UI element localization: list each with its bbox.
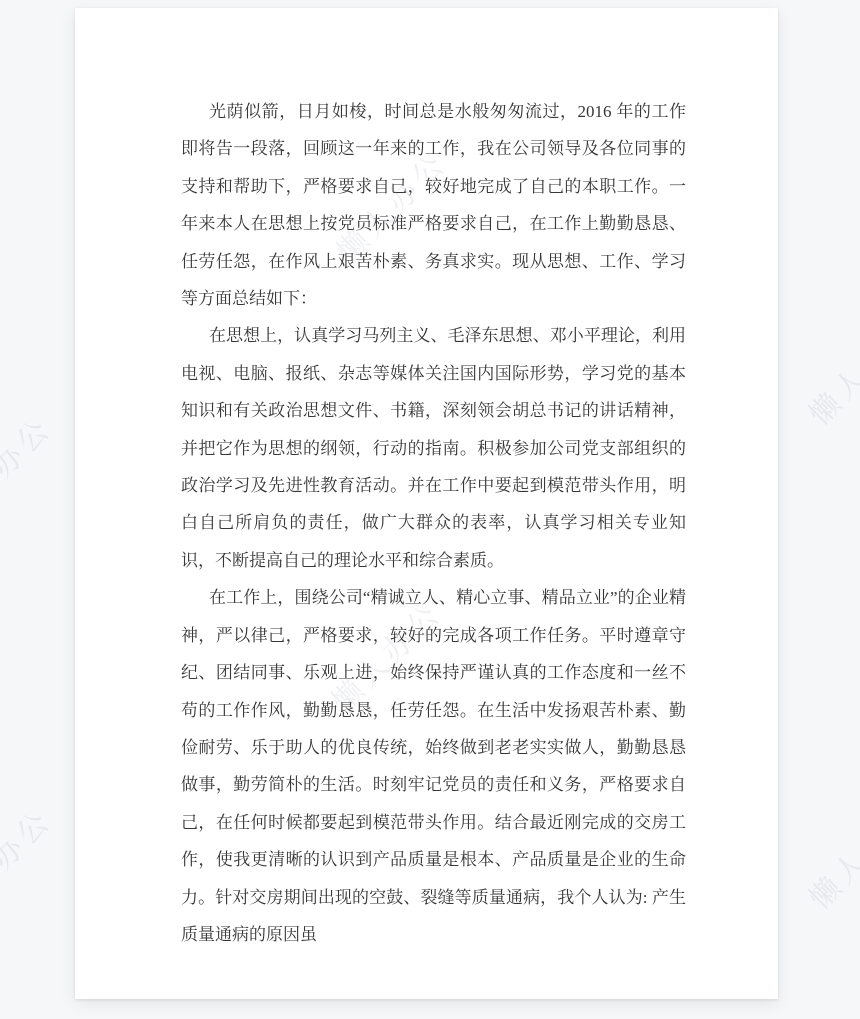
watermark-text: 懒人办公 <box>0 797 60 927</box>
watermark-text: 懒人办公 <box>797 303 860 433</box>
document-page: 光荫似箭，日月如梭，时间总是水般匆匆流过，2016 年的工作即将告一段落，回顾这… <box>75 8 778 999</box>
document-viewer: 光荫似箭，日月如梭，时间总是水般匆匆流过，2016 年的工作即将告一段落，回顾这… <box>0 0 860 1019</box>
paragraph-ideology: 在思想上，认真学习马列主义、毛泽东思想、邓小平理论，利用电视、电脑、报纸、杂志等… <box>181 317 686 579</box>
paragraph-work: 在工作上，围绕公司“精诚立人、精心立事、精品立业”的企业精神，严以律己，严格要求… <box>181 579 686 953</box>
paragraph-intro: 光荫似箭，日月如梭，时间总是水般匆匆流过，2016 年的工作即将告一段落，回顾这… <box>181 93 686 317</box>
watermark-text: 懒人办公 <box>797 787 860 917</box>
document-body: 光荫似箭，日月如梭，时间总是水般匆匆流过，2016 年的工作即将告一段落，回顾这… <box>75 8 778 953</box>
watermark-text: 懒人办公 <box>0 405 60 535</box>
